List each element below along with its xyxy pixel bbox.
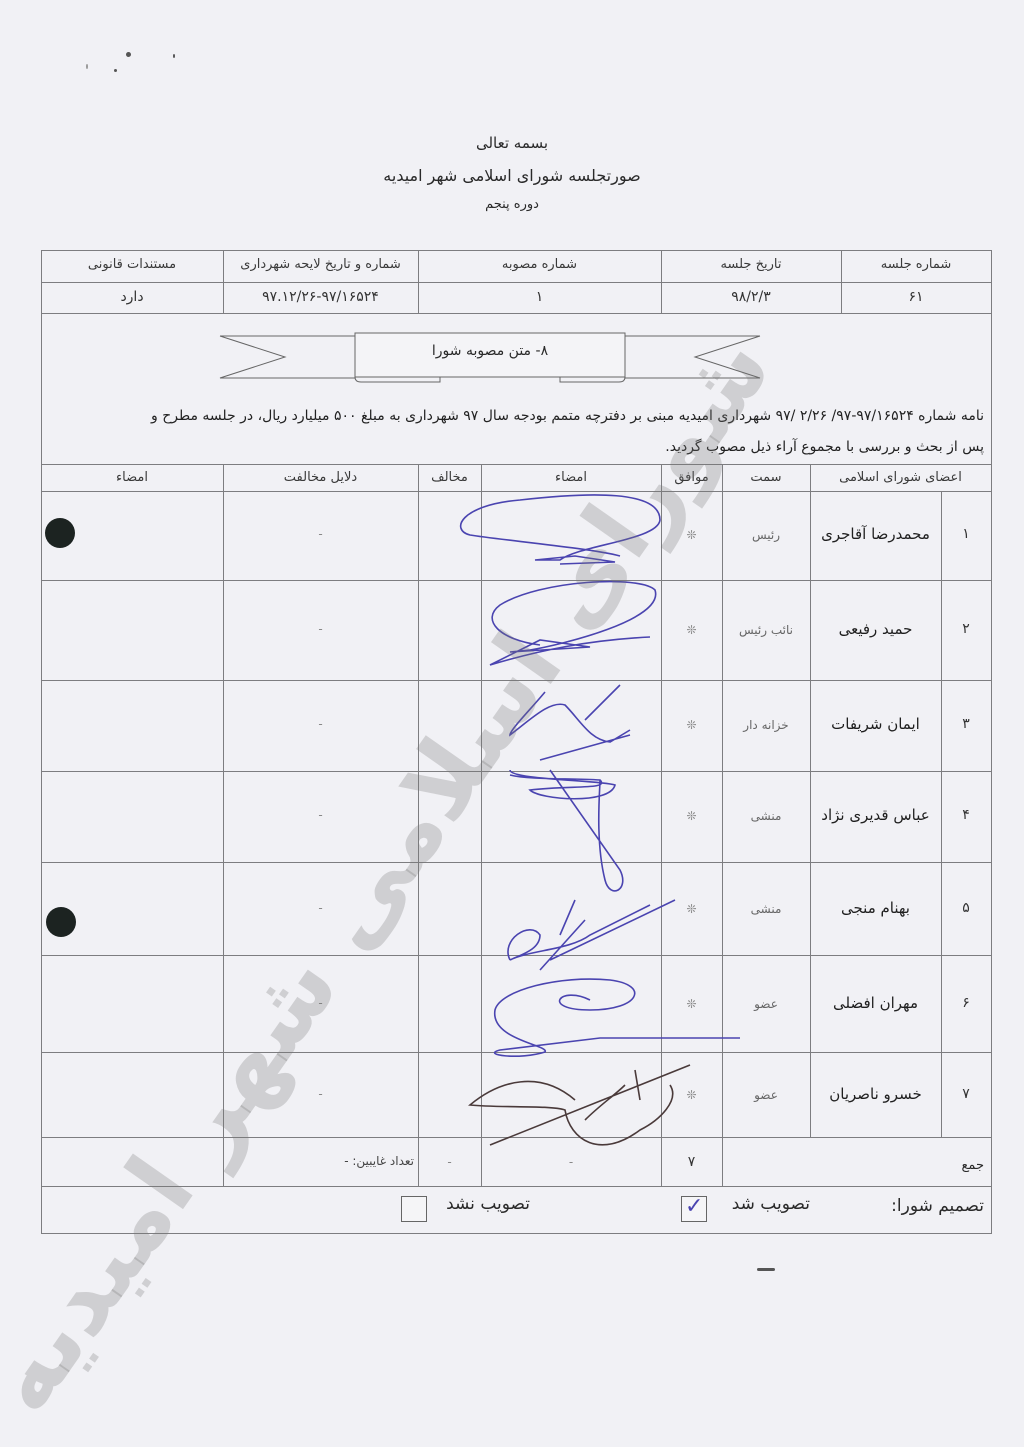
totals-label: جمع — [900, 1158, 984, 1173]
frame-left — [41, 250, 42, 1234]
row-index: ۲ — [941, 621, 991, 637]
row-index: ۱ — [941, 526, 991, 542]
meta-header-resolution-number: شماره مصوبه — [418, 257, 661, 272]
member-name: خسرو ناصریان — [810, 1085, 941, 1103]
oppose-reasons: - — [223, 622, 418, 636]
rejected-label: تصویب نشد — [430, 1194, 530, 1214]
scan-speck — [86, 64, 88, 69]
scan-speck — [173, 54, 175, 58]
meta-header-legal-docs: مستندات قانونی — [41, 257, 223, 272]
member-name: محمدرضا آقاجری — [810, 525, 941, 543]
scan-speck — [126, 52, 131, 57]
approved-checkbox[interactable]: ✓ — [681, 1196, 707, 1222]
row-index: ۵ — [941, 900, 991, 916]
row-index: ۳ — [941, 716, 991, 732]
totals-absent: تعداد غایبین: - — [228, 1154, 414, 1168]
member-name: بهنام منجی — [810, 899, 941, 917]
frame-right — [991, 250, 992, 1234]
meta-resolution-number: ۱ — [418, 289, 661, 305]
approved-label: تصویب شد — [710, 1194, 810, 1214]
col-header-oppose-reasons: دلایل مخالفت — [223, 470, 418, 485]
oppose-reasons: - — [223, 717, 418, 731]
meta-legal-docs: دارد — [41, 289, 223, 305]
punch-hole — [46, 907, 76, 937]
scan-speck — [114, 69, 117, 72]
meta-session-date: ۹۸/۲/۳ — [661, 289, 841, 305]
resolution-text-line-1: نامه شماره ۹۷/۱۶۵۲۴-۹۷/ ۲/۲۶ /۹۷ شهرداری… — [48, 408, 984, 424]
meta-bill-number-date: ۹۷.۱۲/۲۶-۹۷/۱۶۵۲۴ — [223, 289, 418, 305]
meta-header-bill-number-date: شماره و تاریخ لایحه شهرداری — [223, 257, 418, 272]
member-name: ایمان شریفات — [810, 715, 941, 733]
invocation: بسمه تعالی — [412, 134, 612, 152]
meta-session-number: ۶۱ — [841, 289, 991, 305]
checkmark-icon: ✓ — [685, 1194, 703, 1219]
meta-header-session-number: شماره جلسه — [841, 257, 991, 272]
council-term: دوره پنجم — [412, 197, 612, 212]
member-name: مهران افضلی — [810, 994, 941, 1012]
meta-header-session-date: تاریخ جلسه — [661, 257, 841, 272]
member-name: حمید رفیعی — [810, 620, 941, 638]
decision-label: تصمیم شورا: — [850, 1196, 984, 1216]
frame-top — [41, 250, 992, 251]
row-index: ۴ — [941, 807, 991, 823]
page-title: صورتجلسه شورای اسلامی شهر امیدیه — [312, 166, 712, 185]
member-name: عباس قدیری نژاد — [810, 806, 941, 824]
ink-mark — [757, 1268, 775, 1271]
col-header-signature-2: امضاء — [41, 470, 223, 485]
col-header-members: اعضای شورای اسلامی — [810, 470, 991, 485]
row-index: ۷ — [941, 1086, 991, 1102]
resolution-text-line-2: پس از بحث و بررسی با مجموع آراء ذیل مصوب… — [48, 439, 984, 455]
rejected-checkbox[interactable] — [401, 1196, 427, 1222]
row-index: ۶ — [941, 995, 991, 1011]
oppose-reasons: - — [223, 527, 418, 541]
punch-hole — [45, 518, 75, 548]
resolution-banner-title: ۸- متن مصوبه شورا — [355, 343, 625, 359]
